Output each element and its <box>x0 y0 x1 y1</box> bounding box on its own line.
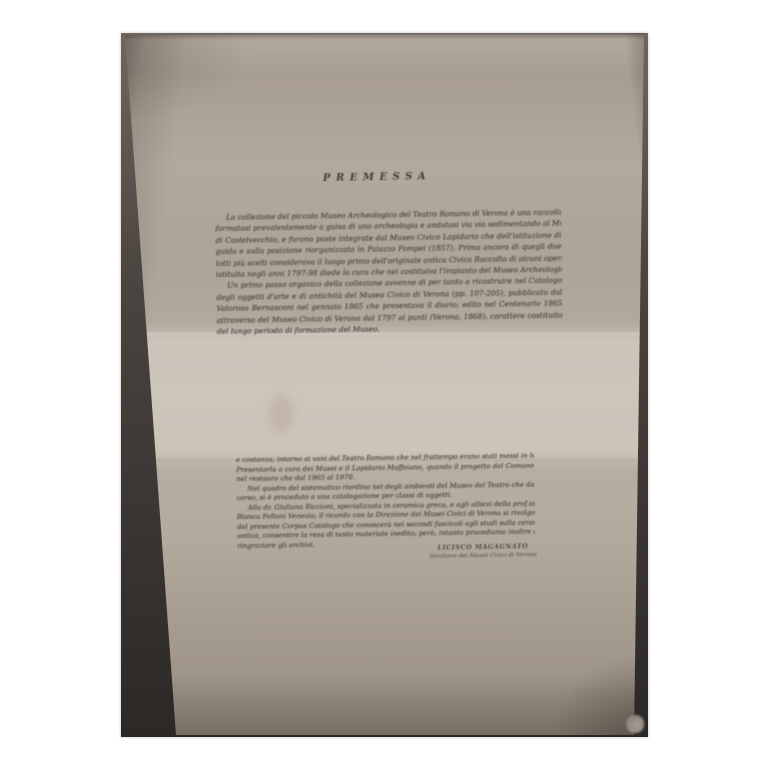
page-title: PREMESSA <box>291 170 463 184</box>
page-bottom-shadow <box>121 33 648 737</box>
paragraph-block-2: e costanza; intorno ai vani del Teatro R… <box>236 452 535 552</box>
page-sheet: PREMESSA La collezione del piccolo Museo… <box>121 33 648 737</box>
stain-mark <box>269 395 293 433</box>
page-topleft-shadow <box>121 33 648 737</box>
photo-canvas: PREMESSA La collezione del piccolo Museo… <box>0 0 768 768</box>
page-left-shadow <box>121 33 648 737</box>
document-photo: PREMESSA La collezione del piccolo Museo… <box>121 33 648 737</box>
paragraph-block-1: La collezione del piccolo Museo Archeolo… <box>215 207 563 338</box>
signature-block: LICISCO MAGAGNATO Direttore dei Musei Ci… <box>414 542 552 561</box>
corner-curl <box>626 715 644 733</box>
signature-role: Direttore dei Musei Civici di Verona <box>414 551 552 561</box>
page-right-shadow <box>121 33 648 737</box>
